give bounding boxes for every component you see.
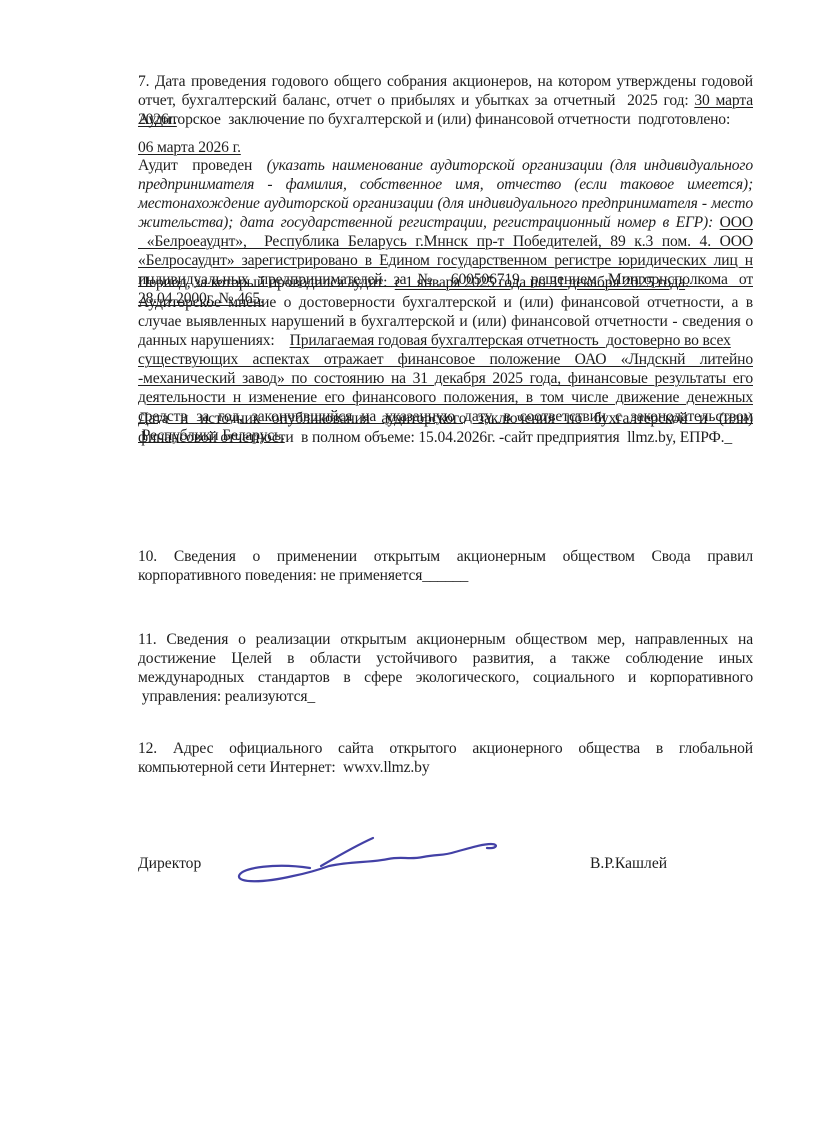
audit-period-tail: . — [685, 274, 689, 291]
paragraph-sustainability: 11. Сведения о реализации открытым акцио… — [138, 630, 753, 706]
paragraph-corporate-code: 10. Сведения о применении открытым акцио… — [138, 547, 753, 585]
document-page: { "page": { "background": "#ffffff", "te… — [0, 0, 821, 1141]
signer-role-label: Директор — [138, 855, 201, 873]
paragraph-publication-source: Дата и источник опубликования аудиторско… — [138, 409, 753, 447]
document-sheet: 7. Дата проведения годового общего собра… — [138, 0, 753, 1141]
signer-name: В.Р.Кашлей — [590, 855, 667, 873]
paragraph-website: 12. Адрес официального сайта открытого а… — [138, 739, 753, 777]
blank-line: ______ — [422, 567, 468, 584]
audit-report-date: 06 марта 2026 г. — [138, 139, 241, 156]
audit-opinion-first-line: Прилагаемая годовая бухгалтерская отчетн… — [290, 332, 731, 349]
audit-report-prepared-text: Аудиторское заключение по бухгалтерской … — [138, 111, 730, 128]
sustainability-text: 11. Сведения о реализации открытым акцио… — [138, 631, 753, 705]
annual-meeting-text: 7. Дата проведения годового общего собра… — [138, 73, 753, 109]
signature-main-stroke — [239, 844, 496, 881]
audit-period-dates: с 1 января 2025 года по 31 декабря 2025 … — [395, 274, 685, 291]
paragraph-audit-period: Период, за который проводился аудит: с 1… — [138, 273, 753, 292]
publication-source-text: Дата и источник опубликования аудиторско… — [138, 410, 753, 446]
paragraph-audit-report-prepared: Аудиторское заключение по бухгалтерской … — [138, 110, 753, 129]
signature-ink — [233, 832, 503, 894]
audit-period-lead: Период, за который проводился аудит: — [138, 274, 395, 291]
signature-block: Директор В.Р.Кашлей — [138, 848, 753, 920]
website-text: 12. Адрес официального сайта открытого а… — [138, 740, 753, 776]
paragraph-audit-report-date: 06 марта 2026 г. — [138, 138, 753, 157]
auditor-lead-text: Аудит проведен — [138, 157, 267, 174]
